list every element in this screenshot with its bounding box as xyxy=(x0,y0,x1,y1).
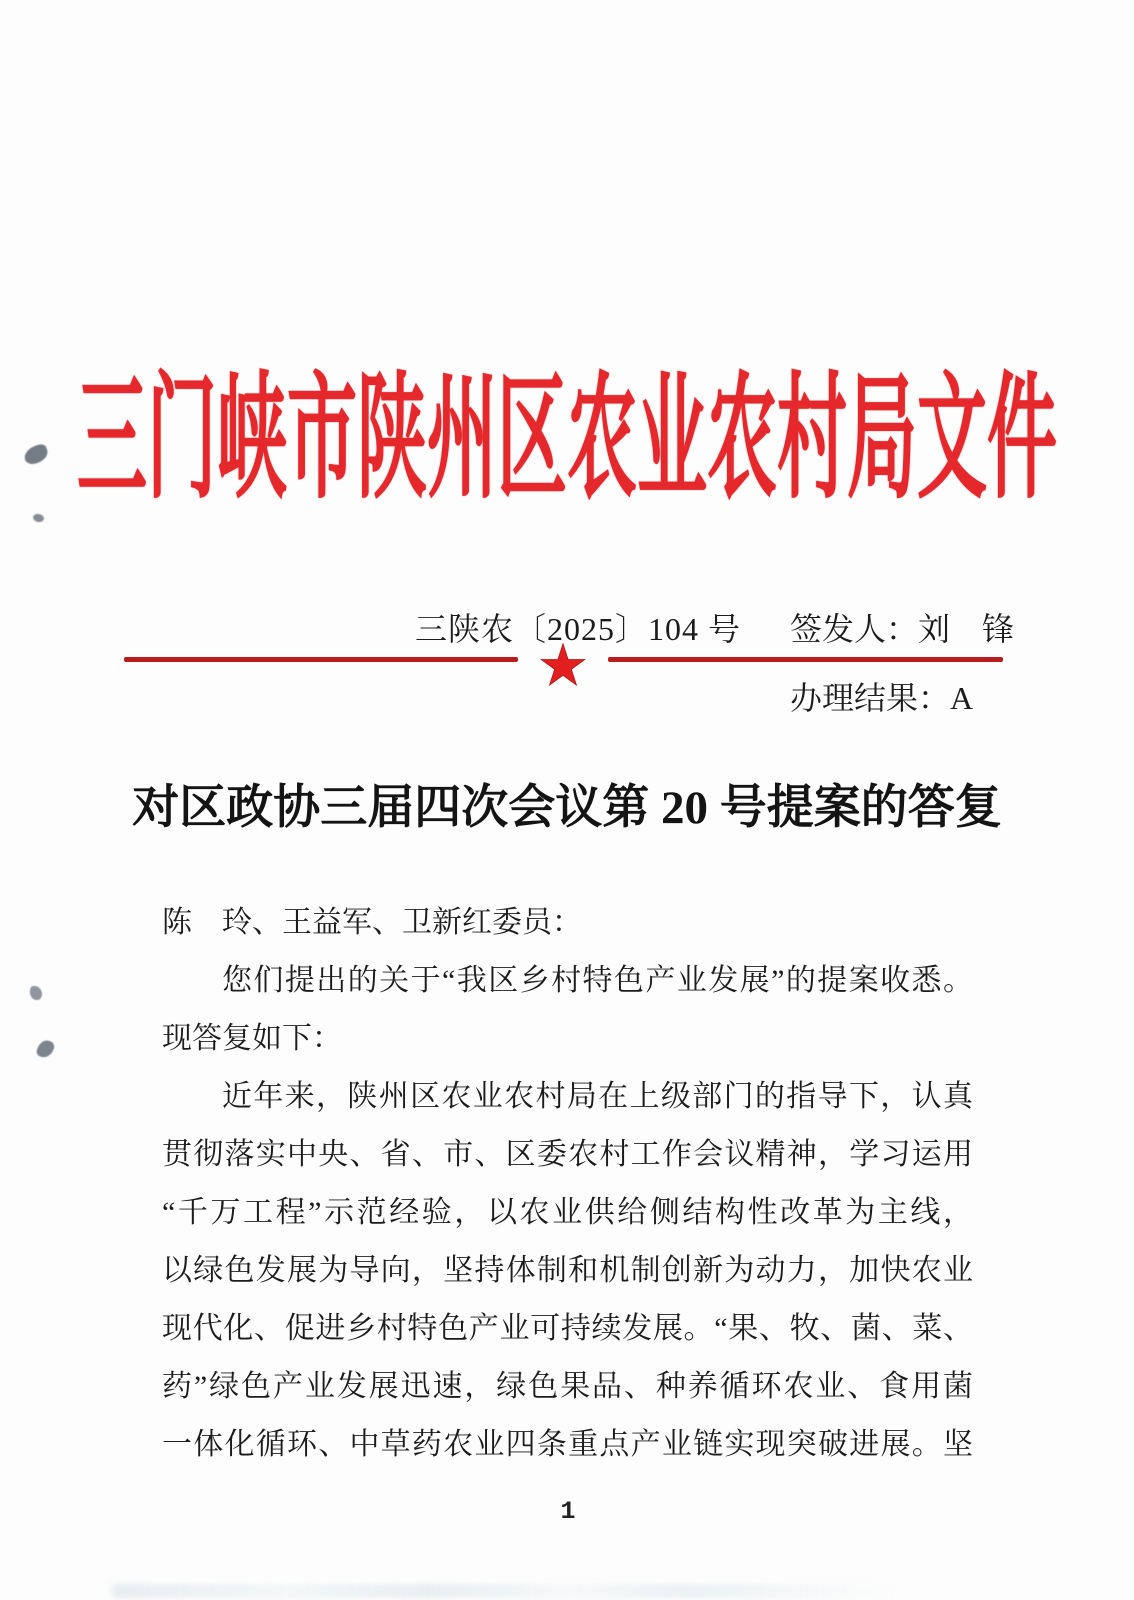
body-line: 您们提出的关于“我区乡村特色产业发展”的提案收悉。 xyxy=(162,952,973,1010)
document-body: 陈 玲、王益军、卫新红委员： 您们提出的关于“我区乡村特色产业发展”的提案收悉。… xyxy=(162,894,973,1474)
page-number: 1 xyxy=(560,1497,575,1527)
issuer-name: 签发人：刘 锋 xyxy=(790,610,1014,648)
scan-artifact xyxy=(30,986,42,1000)
processing-result: 办理结果：A xyxy=(790,679,973,717)
star-icon xyxy=(540,643,586,686)
body-line: 药”绿色产业发展迅速，绿色果品、种养循环农业、食用菌 xyxy=(162,1358,973,1416)
body-line: 近年来，陕州区农业农村局在上级部门的指导下，认真 xyxy=(162,1068,973,1126)
body-line: 一体化循环、中草药农业四条重点产业链实现突破进展。坚 xyxy=(162,1416,973,1474)
scanned-official-document-page: 三门峡市陕州区农业农村局文件 三陕农〔2025〕104 号 签发人：刘 锋 办理… xyxy=(0,0,1134,1600)
agency-letterhead-title: 三门峡市陕州区农业农村局文件 xyxy=(0,374,1134,511)
body-line: 以绿色发展为导向，坚持体制和机制创新为动力，加快农业 xyxy=(162,1242,973,1300)
salutation-line: 陈 玲、王益军、卫新红委员： xyxy=(162,894,973,952)
body-line: 现代化、促进乡村特色产业可持续发展。“果、牧、菌、菜、 xyxy=(162,1300,973,1358)
red-divider-line-left xyxy=(124,657,518,662)
body-line: 现答复如下： xyxy=(162,1010,973,1068)
scan-artifact xyxy=(32,513,44,523)
body-line: 贯彻落实中央、省、市、区委农村工作会议精神，学习运用 xyxy=(162,1126,973,1184)
body-line: “千万工程”示范经验，以农业供给侧结构性改革为主线， xyxy=(162,1184,973,1242)
document-title: 对区政协三届四次会议第 20 号提案的答复 xyxy=(0,779,1134,837)
red-divider-line-right xyxy=(608,657,1003,662)
scan-artifact-bleedthrough xyxy=(112,1584,902,1598)
scan-artifact xyxy=(35,1038,56,1061)
